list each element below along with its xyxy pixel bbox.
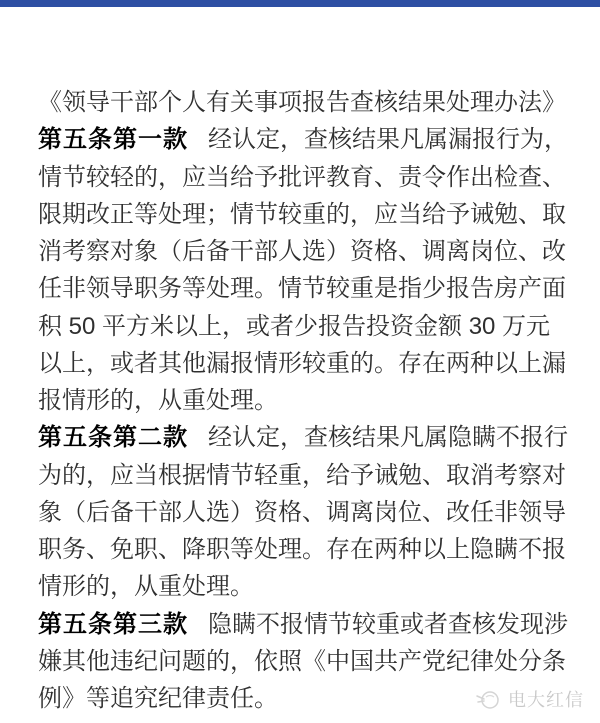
line-text: 嫌其他违纪问题的，依照《中国共产党纪律处分条 — [38, 648, 566, 675]
line-text: 积 50 平方米以上，或者少报告投资金额 30 万元 — [38, 313, 550, 340]
watermark: 电大红信 — [475, 686, 584, 712]
line-text: 职务、免职、降职等处理。存在两种以上隐瞒不报 — [38, 536, 566, 563]
text-line: 积 50 平方米以上，或者少报告投资金额 30 万元 — [38, 308, 578, 345]
line-text: 任非领导职务等处理。情节较重是指少报告房产面 — [38, 275, 566, 302]
text-line: 第五条第二款经认定，查核结果凡属隐瞒不报行 — [38, 419, 578, 456]
line-text: 以上，或者其他漏报情形较重的。存在两种以上漏 — [38, 350, 566, 377]
clause-heading: 第五条第二款 — [38, 424, 188, 451]
line-text: 隐瞒不报情节较重或者查核发现涉 — [208, 611, 568, 638]
text-line: 第五条第一款经认定，查核结果凡属漏报行为， — [38, 121, 578, 158]
article-page: 《领导干部个人有关事项报告查核结果处理办法》第五条第一款经认定，查核结果凡属漏报… — [0, 0, 600, 723]
line-text: 消考察对象（后备干部人选）资格、调离岗位、改 — [38, 238, 566, 265]
line-text: 限期改正等处理；情节较重的，应当给予诫勉、取 — [38, 201, 566, 228]
text-line: 情节较轻的，应当给予批评教育、责令作出检查、 — [38, 159, 578, 196]
text-line: 嫌其他违纪问题的，依照《中国共产党纪律处分条 — [38, 643, 578, 680]
text-line: 为的，应当根据情节轻重，给予诫勉、取消考察对 — [38, 457, 578, 494]
line-text: 情节较轻的，应当给予批评教育、责令作出检查、 — [38, 164, 566, 191]
text-line: 象（后备干部人选）资格、调离岗位、改任非领导 — [38, 494, 578, 531]
line-text: 经认定，查核结果凡属漏报行为， — [208, 126, 568, 153]
text-line: 以上，或者其他漏报情形较重的。存在两种以上漏 — [38, 345, 578, 382]
watermark-label: 电大红信 — [508, 686, 584, 712]
text-line: 情形的，从重处理。 — [38, 568, 578, 605]
line-text: 报情形的，从重处理。 — [38, 387, 278, 414]
line-text: 为的，应当根据情节轻重，给予诫勉、取消考察对 — [38, 462, 566, 489]
line-text: 经认定，查核结果凡属隐瞒不报行 — [208, 424, 568, 451]
text-line: 职务、免职、降职等处理。存在两种以上隐瞒不报 — [38, 531, 578, 568]
text-line: 第五条第三款隐瞒不报情节较重或者查核发现涉 — [38, 606, 578, 643]
top-accent-bar — [0, 0, 600, 7]
text-line: 《领导干部个人有关事项报告查核结果处理办法》 — [38, 84, 578, 121]
line-text: 例》等追究纪律责任。 — [38, 685, 278, 712]
clause-heading: 第五条第一款 — [38, 126, 188, 153]
line-text: 情形的，从重处理。 — [38, 573, 254, 600]
line-text: 象（后备干部人选）资格、调离岗位、改任非领导 — [38, 499, 566, 526]
article-body: 《领导干部个人有关事项报告查核结果处理办法》第五条第一款经认定，查核结果凡属漏报… — [38, 84, 578, 717]
text-line: 报情形的，从重处理。 — [38, 382, 578, 419]
brand-logo-icon — [475, 686, 501, 712]
text-line: 限期改正等处理；情节较重的，应当给予诫勉、取 — [38, 196, 578, 233]
text-line: 消考察对象（后备干部人选）资格、调离岗位、改 — [38, 233, 578, 270]
line-text: 《领导干部个人有关事项报告查核结果处理办法》 — [38, 89, 566, 116]
clause-heading: 第五条第三款 — [38, 611, 188, 638]
text-line: 任非领导职务等处理。情节较重是指少报告房产面 — [38, 270, 578, 307]
